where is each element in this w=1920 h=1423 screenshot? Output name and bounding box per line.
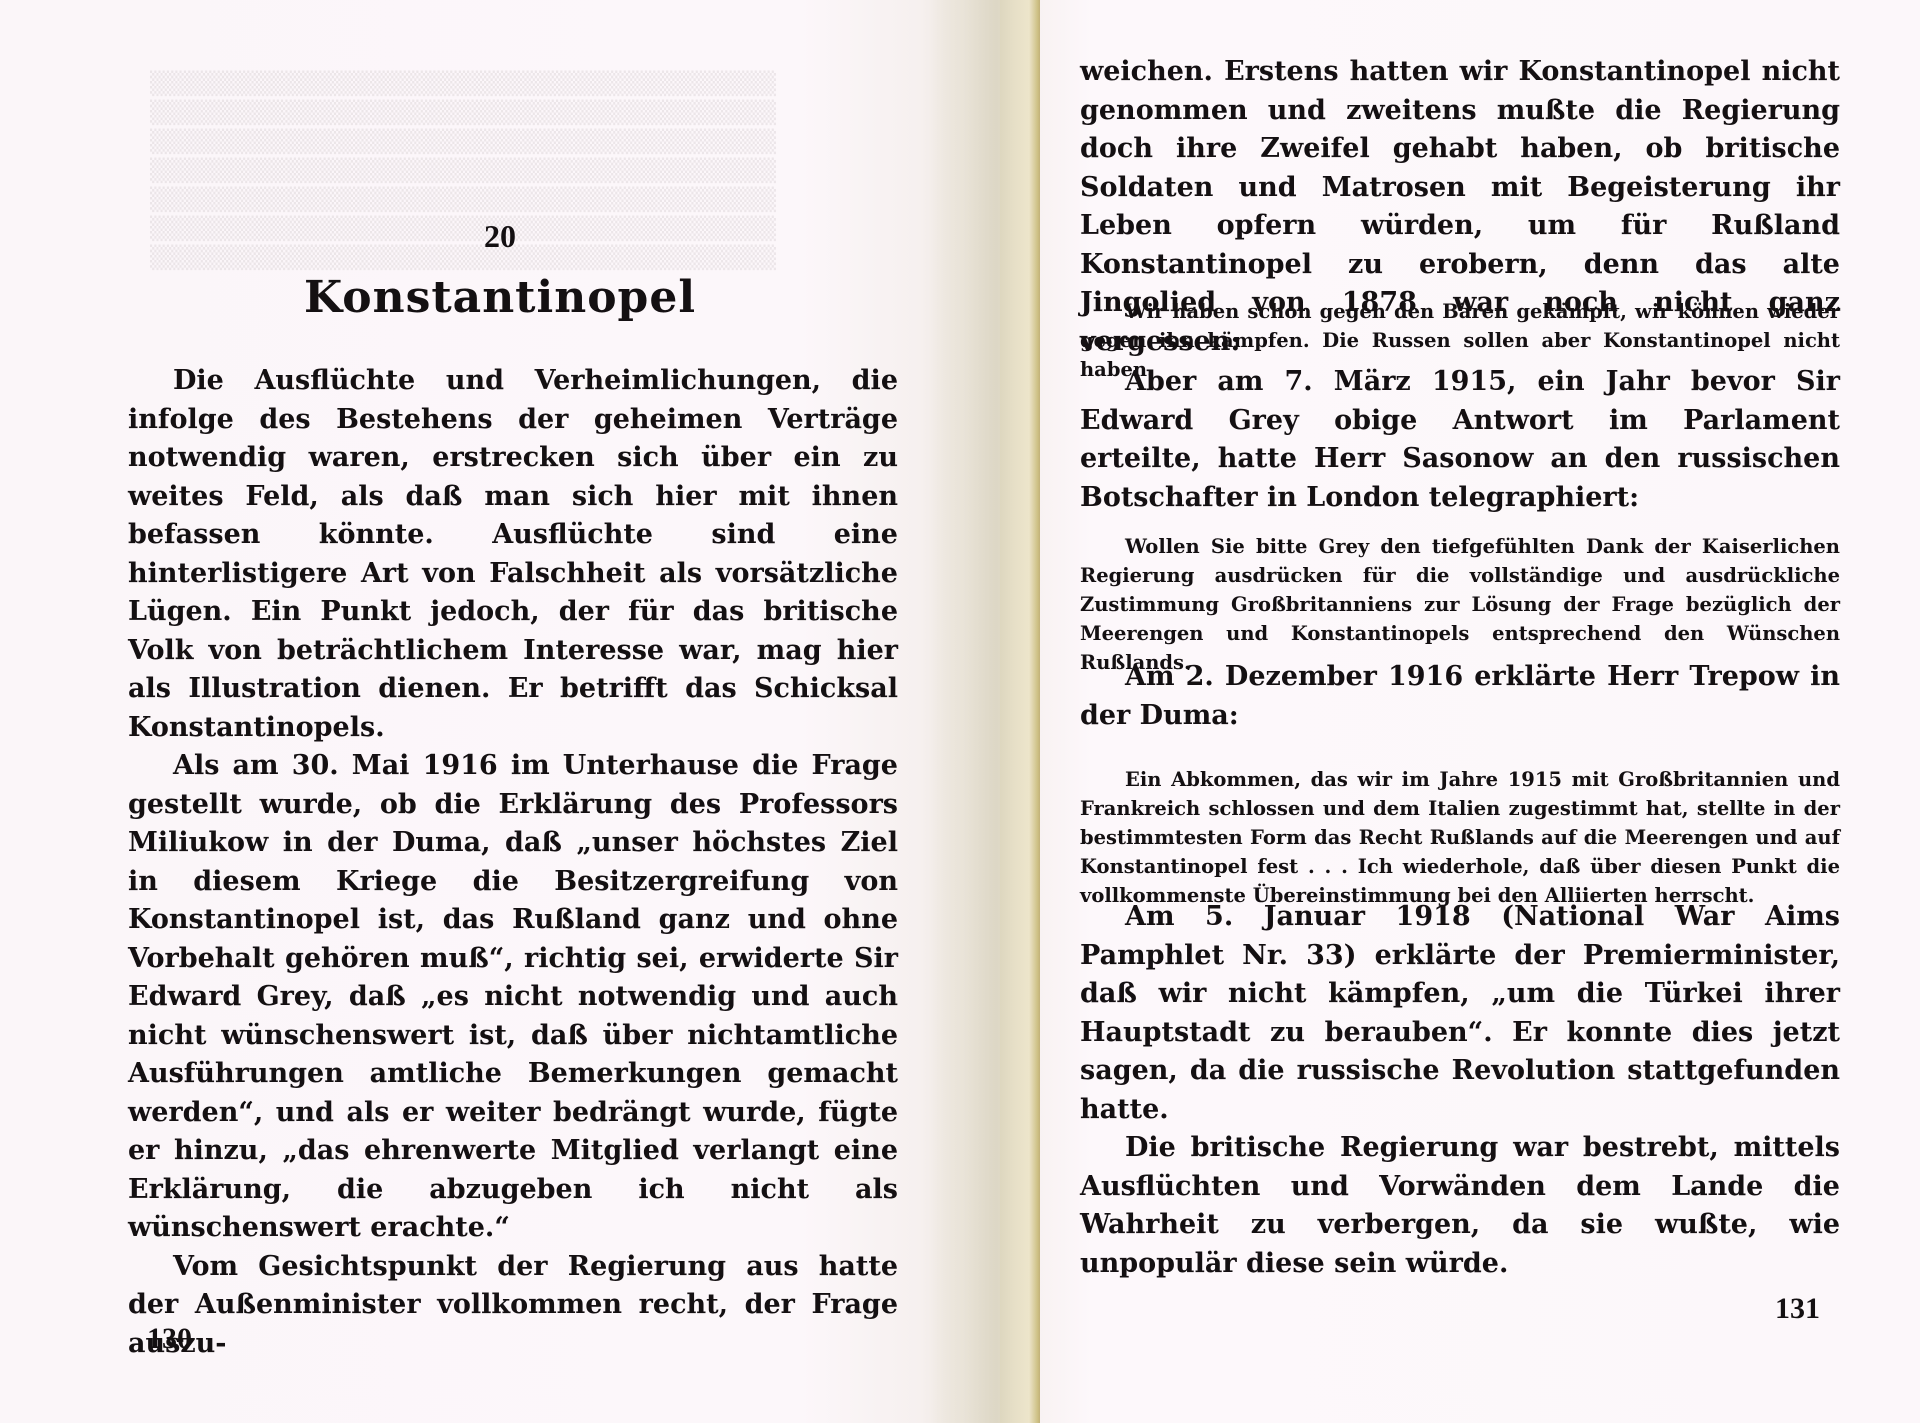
paragraph: Am 2. Dezember 1916 erklärte Herr Trepow… bbox=[1080, 658, 1840, 735]
paragraph: Aber am 7. März 1915, ein Jahr bevor Sir… bbox=[1080, 363, 1840, 517]
page-number-left: 130 bbox=[147, 1322, 192, 1356]
book-gutter bbox=[930, 0, 1040, 1423]
right-page-body: Aber am 7. März 1915, ein Jahr bevor Sir… bbox=[1080, 363, 1840, 517]
paragraph: Am 5. Januar 1918 (National War Aims Pam… bbox=[1080, 898, 1840, 1129]
quote-text: Ein Abkommen, das wir im Jahre 1915 mit … bbox=[1080, 765, 1840, 910]
page-number-right: 131 bbox=[1775, 1292, 1820, 1326]
paragraph: Als am 30. Mai 1916 im Unterhause die Fr… bbox=[128, 747, 898, 1248]
chapter-number: 20 bbox=[0, 218, 1000, 255]
quote-text: Wollen Sie bitte Grey den tiefgefühlten … bbox=[1080, 532, 1840, 677]
block-quote: Wollen Sie bitte Grey den tiefgefühlten … bbox=[1080, 532, 1840, 677]
right-page: weichen. Erstens hatten wir Konstantinop… bbox=[1000, 0, 1920, 1423]
paragraph: Vom Gesichtspunkt der Regierung aus hatt… bbox=[128, 1248, 898, 1364]
paragraph: Die britische Regierung war bestrebt, mi… bbox=[1080, 1129, 1840, 1283]
right-page-body: Am 5. Januar 1918 (National War Aims Pam… bbox=[1080, 898, 1840, 1283]
right-page-body: Am 2. Dezember 1916 erklärte Herr Trepow… bbox=[1080, 658, 1840, 735]
left-page-body: Die Ausflüchte und Verheimlichungen, die… bbox=[128, 362, 898, 1363]
block-quote: Ein Abkommen, das wir im Jahre 1915 mit … bbox=[1080, 765, 1840, 910]
chapter-title: Konstantinopel bbox=[0, 272, 1000, 323]
paragraph: Die Ausflüchte und Verheimlichungen, die… bbox=[128, 362, 898, 747]
show-through-text: ▒▒▒▒▒▒▒▒▒▒▒▒▒▒▒▒▒▒▒▒▒▒▒▒▒▒▒▒▒▒▒▒▒▒▒▒▒ ▒▒… bbox=[150, 70, 910, 290]
left-page: ▒▒▒▒▒▒▒▒▒▒▒▒▒▒▒▒▒▒▒▒▒▒▒▒▒▒▒▒▒▒▒▒▒▒▒▒▒ ▒▒… bbox=[0, 0, 1000, 1423]
book-spread: ▒▒▒▒▒▒▒▒▒▒▒▒▒▒▒▒▒▒▒▒▒▒▒▒▒▒▒▒▒▒▒▒▒▒▒▒▒ ▒▒… bbox=[0, 0, 1920, 1423]
